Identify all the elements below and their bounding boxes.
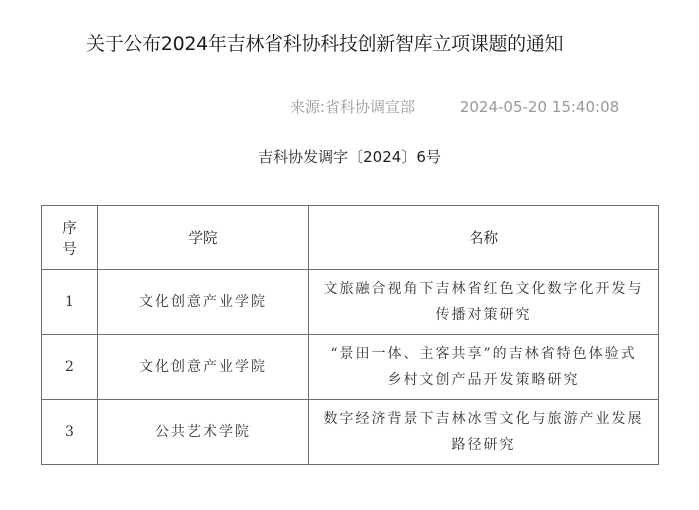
row-seq: 3: [42, 400, 98, 465]
table-row: 3 公共艺术学院 数字经济背景下吉林冰雪文化与旅游产业发展路径研究: [42, 400, 659, 465]
row-project-name: “景田一体、主客共享”的吉林省特色体验式乡村文创产品开发策略研究: [309, 335, 659, 400]
article-source: 来源:省科协调宣部: [290, 98, 415, 116]
article-title: 关于公布2024年吉林省科协科技创新智库立项课题的通知: [86, 30, 563, 58]
article-meta: 来源:省科协调宣部 2024-05-20 15:40:08: [290, 96, 619, 118]
row-project-name: 文旅融合视角下吉林省红色文化数字化开发与传播对策研究: [309, 270, 659, 335]
row-college: 文化创意产业学院: [98, 335, 309, 400]
row-seq: 1: [42, 270, 98, 335]
header-college: 学院: [98, 206, 309, 270]
article-datetime: 2024-05-20 15:40:08: [460, 98, 619, 116]
header-seq: 序号: [42, 206, 98, 270]
row-college: 公共艺术学院: [98, 400, 309, 465]
document-number: 吉科协发调字〔2024〕6号: [0, 146, 699, 168]
row-project-name: 数字经济背景下吉林冰雪文化与旅游产业发展路径研究: [309, 400, 659, 465]
row-college: 文化创意产业学院: [98, 270, 309, 335]
table-header-row: 序号 学院 名称: [42, 206, 659, 270]
projects-table: 序号 学院 名称 1 文化创意产业学院 文旅融合视角下吉林省红色文化数字化开发与…: [41, 205, 659, 465]
projects-table-container: 序号 学院 名称 1 文化创意产业学院 文旅融合视角下吉林省红色文化数字化开发与…: [41, 205, 658, 465]
row-seq: 2: [42, 335, 98, 400]
header-name: 名称: [309, 206, 659, 270]
table-row: 2 文化创意产业学院 “景田一体、主客共享”的吉林省特色体验式乡村文创产品开发策…: [42, 335, 659, 400]
table-row: 1 文化创意产业学院 文旅融合视角下吉林省红色文化数字化开发与传播对策研究: [42, 270, 659, 335]
